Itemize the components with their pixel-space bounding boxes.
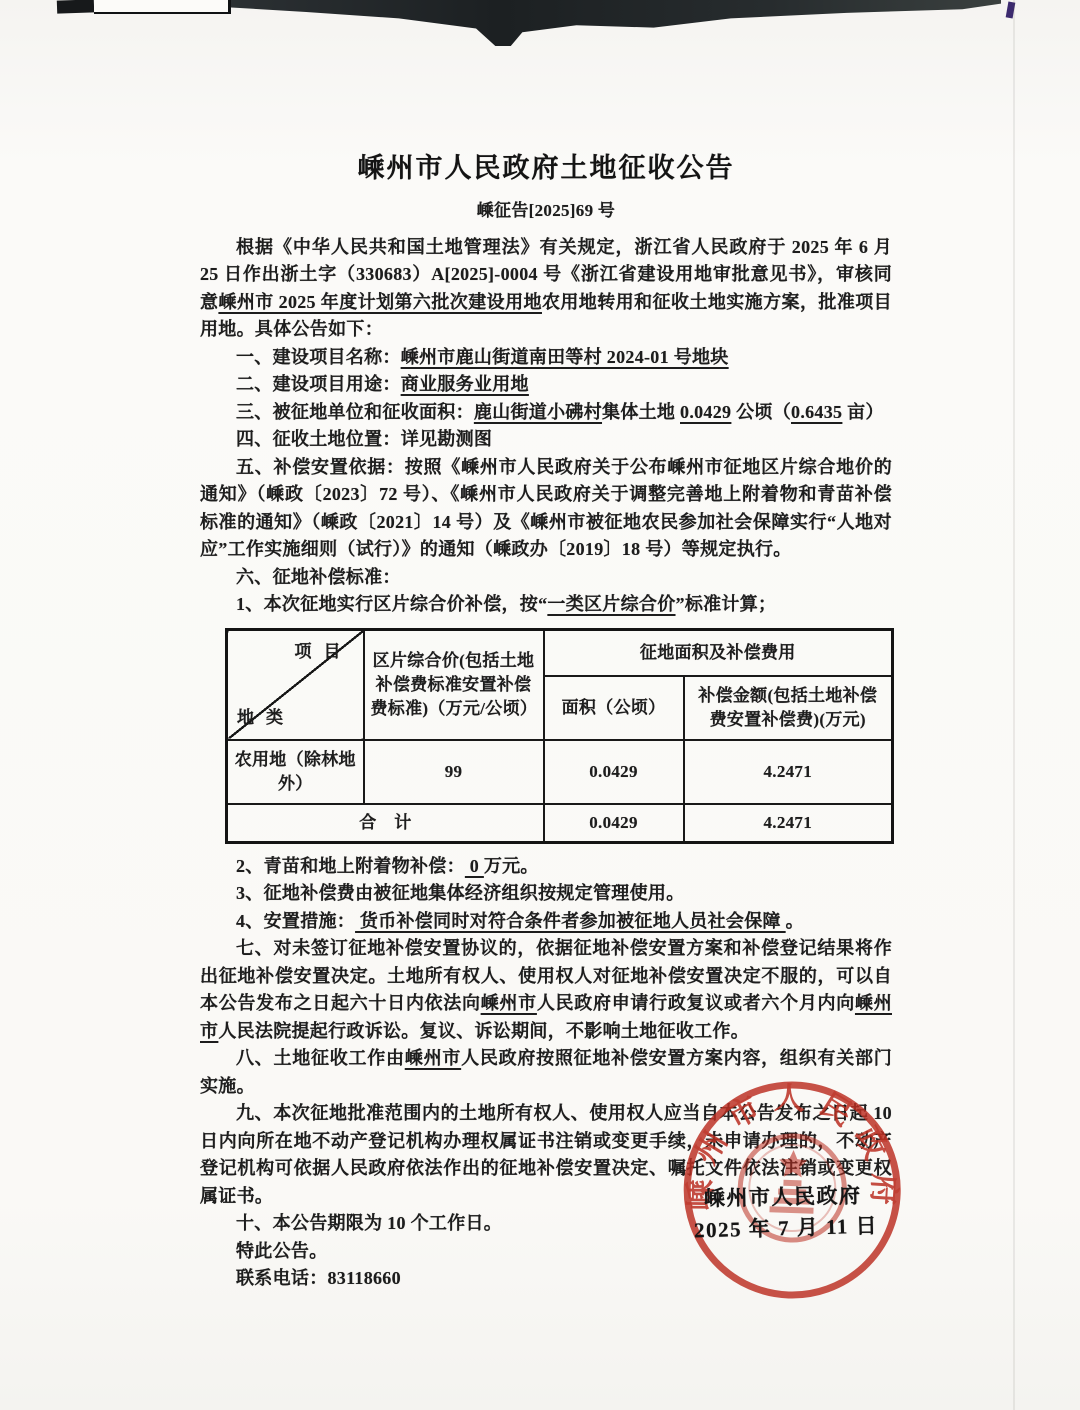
scan-artifact-white-notch <box>94 0 231 14</box>
column-header-amount: 补偿金额(包括土地补偿费安置补偿费)(万元) <box>684 676 893 740</box>
corner-label-project: 项目 <box>295 640 353 664</box>
cell-price: 99 <box>364 740 544 804</box>
item-7-underlined-1: 嵊州市 <box>481 993 537 1013</box>
item-1-label: 一、建设项目名称： <box>236 347 401 367</box>
cell-total-amount: 4.2471 <box>684 804 893 843</box>
table-header-row-1: 项目 地类 区片综合价(包括土地补偿费标准安置补偿费标准)（万元/公顷） 征地面… <box>227 629 893 676</box>
item-6-1-post: ”标准计算； <box>676 594 777 614</box>
item-6-4-post: 。 <box>786 911 804 931</box>
item-6-4-underlined: 货币补偿同时对符合条件者参加被征地人员社会保障 <box>355 911 786 931</box>
item-3-label: 三、被征地单位和征收面积： <box>236 402 474 422</box>
item-8-underlined: 嵊州市 <box>405 1048 461 1068</box>
item-2-project-use: 二、建设项目用途：商业服务业用地 <box>200 371 892 399</box>
intro-paragraph: 根据《中华人民共和国土地管理法》有关规定，浙江省人民政府于 2025 年 6 月… <box>200 234 892 344</box>
item-2-label: 二、建设项目用途： <box>236 374 401 394</box>
item-3-mu: 0.6435 <box>791 402 842 422</box>
table-row-total: 合计 0.0429 4.2471 <box>227 804 893 843</box>
item-3-mid2: 公顷（ <box>731 402 791 422</box>
item-6-1-zone-price: 1、本次征地实行区片综合价补偿，按“一类区片综合价”标准计算； <box>200 591 892 619</box>
paper-edge-line <box>1013 0 1015 1410</box>
item-10-text: 十、本公告期限为 10 个工作日。 <box>236 1213 502 1233</box>
table-row-farmland: 农用地（除林地外） 99 0.0429 4.2471 <box>227 740 893 804</box>
item-3-village: 鹿山街道小砩村 <box>474 402 602 422</box>
item-2-value: 商业服务业用地 <box>401 374 529 394</box>
item-3-mid1: 集体土地 <box>602 402 680 422</box>
item-5-text: 五、补偿安置依据：按照《嵊州市人民政府关于公布嵊州市征地区片综合地价的通知》（嵊… <box>200 457 892 560</box>
item-6-4-pre: 4、安置措施： <box>236 911 355 931</box>
document-number: 嵊征告[2025]69 号 <box>200 197 892 225</box>
cell-total-area: 0.0429 <box>544 804 684 843</box>
compensation-table: 项目 地类 区片综合价(包括土地补偿费标准安置补偿费标准)（万元/公顷） 征地面… <box>225 628 894 844</box>
item-6-compensation-standard: 六、征地补偿标准： <box>200 564 892 592</box>
item-4-land-location: 四、征收土地位置：详见勘测图 <box>200 426 892 454</box>
item-6-2-underlined: 0 <box>465 856 484 876</box>
item-6-text: 六、征地补偿标准： <box>236 567 401 587</box>
item-3-expropriated-unit: 三、被征地单位和征收面积：鹿山街道小砩村集体土地 0.0429 公顷（0.643… <box>200 399 892 427</box>
item-3-post: 亩） <box>842 402 883 422</box>
column-header-zone-price: 区片综合价(包括土地补偿费标准安置补偿费标准)（万元/公顷） <box>364 629 544 740</box>
item-4-label: 四、征收土地位置： <box>236 429 401 449</box>
item-6-2-pre: 2、青苗和地上附着物补偿： <box>236 856 465 876</box>
item-6-3-text: 3、征地补偿费由被征地集体经济组织按规定管理使用。 <box>236 883 685 903</box>
item-7-seg2: 人民政府申请行政复议或者六个月内向 <box>537 993 855 1013</box>
scanned-announcement-page: 嵊州市人民政府土地征收公告 嵊征告[2025]69 号 根据《中华人民共和国土地… <box>0 0 1080 1410</box>
item-6-3-fee-management: 3、征地补偿费由被征地集体经济组织按规定管理使用。 <box>200 880 892 908</box>
intro-underlined-text: 嵊州市 2025 年度计划第六批次建设用地 <box>218 292 542 312</box>
group-header-area-and-fees: 征地面积及补偿费用 <box>544 629 893 676</box>
cell-area: 0.0429 <box>544 740 684 804</box>
column-header-area: 面积（公顷） <box>544 676 684 740</box>
item-1-project-name: 一、建设项目名称：嵊州市鹿山街道南田等村 2024-01 号地块 <box>200 344 892 372</box>
item-6-1-underlined: 一类区片综合价 <box>547 594 675 614</box>
item-5-compensation-basis: 五、补偿安置依据：按照《嵊州市人民政府关于公布嵊州市征地区片综合地价的通知》（嵊… <box>200 454 892 564</box>
item-6-4-resettlement: 4、安置措施： 货币补偿同时对符合条件者参加被征地人员社会保障 。 <box>200 908 892 936</box>
page-title: 嵊州市人民政府土地征收公告 <box>200 150 892 186</box>
item-1-value: 嵊州市鹿山街道南田等村 2024-01 号地块 <box>401 347 729 367</box>
cell-land-type: 农用地（除林地外） <box>227 740 364 804</box>
item-3-area: 0.0429 <box>680 402 731 422</box>
table-corner-cell: 项目 地类 <box>227 629 364 740</box>
corner-label-landtype: 地类 <box>237 706 295 730</box>
cell-amount: 4.2471 <box>684 740 893 804</box>
scan-artifact-top-band <box>229 0 1001 46</box>
cell-total-label: 合计 <box>227 804 544 843</box>
contact-text: 联系电话：83118660 <box>236 1268 401 1288</box>
scan-artifact-blob <box>57 0 94 14</box>
signature-authority: 嵊州市人民政府 <box>704 1179 862 1212</box>
item-7-dispute-procedure: 七、对未签订征地补偿安置协议的，依据征地补偿安置方案和补偿登记结果将作出征地补偿… <box>200 935 892 1045</box>
closing-text: 特此公告。 <box>236 1241 328 1261</box>
signature-date: 2025 年 7 月 11 日 <box>694 1210 879 1245</box>
item-6-2-seedling-compensation: 2、青苗和地上附着物补偿： 0 万元。 <box>200 853 892 881</box>
item-7-seg3: 人民法院提起行政诉讼。复议、诉讼期间，不影响土地征收工作。 <box>218 1021 749 1041</box>
item-8-seg1: 八、土地征收工作由 <box>236 1048 405 1068</box>
item-4-value: 详见勘测图 <box>401 429 493 449</box>
item-6-2-post: 万元。 <box>484 856 539 876</box>
item-6-1-pre: 1、本次征地实行区片综合价补偿，按“ <box>236 594 547 614</box>
